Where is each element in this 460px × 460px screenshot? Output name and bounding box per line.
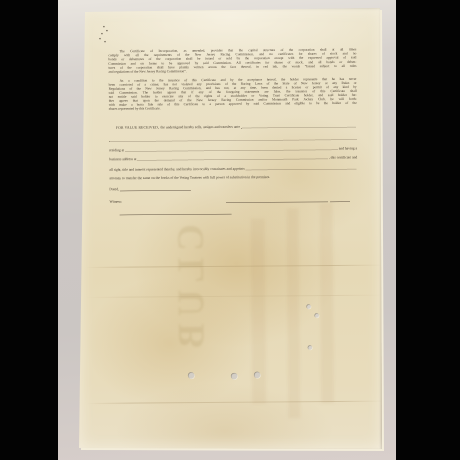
letterbox-right xyxy=(396,0,460,460)
business-address-label: business address at xyxy=(109,157,136,161)
ink-speck xyxy=(106,30,108,32)
crease-line xyxy=(87,401,384,404)
business-address-row: business address at , this certificate a… xyxy=(109,153,357,161)
bleedthrough-column xyxy=(287,208,301,418)
crease-line xyxy=(86,265,383,268)
ink-speck xyxy=(99,38,101,40)
dated-row: Dated, xyxy=(109,183,357,191)
rights-appoints-text: all right, title and interest represente… xyxy=(109,167,245,172)
dated-label: Dated, xyxy=(109,187,119,191)
residing-row: residing at and having a xyxy=(109,144,357,152)
for-value-received-label: FOR VALUE RECEIVED, xyxy=(116,125,159,130)
pin-hole xyxy=(308,345,313,350)
paragraph-capital-structure: The Certificate of Incorporation, as ame… xyxy=(108,48,356,75)
business-address-fill-line xyxy=(138,158,328,161)
punch-hole xyxy=(231,373,238,380)
pin-hole xyxy=(306,304,311,309)
residing-label: residing at xyxy=(109,148,124,152)
witness-gap xyxy=(122,203,226,204)
pin-hole xyxy=(314,313,319,318)
witness-label: Witness: xyxy=(109,200,121,204)
bleedthrough-column xyxy=(320,203,335,403)
rights-appoints-row: all right, title and interest represente… xyxy=(109,163,357,171)
witness-signature-line-left xyxy=(120,213,232,215)
date-fill-line xyxy=(120,189,191,191)
letterbox-left xyxy=(0,0,58,460)
ink-speck xyxy=(101,33,103,35)
paragraph-holder-representation: As a condition to the issuance of this C… xyxy=(109,77,357,111)
residence-fill-line xyxy=(125,149,338,152)
transferee-name-row xyxy=(109,135,357,142)
witness-signature-line-short xyxy=(330,200,350,202)
residing-tail-text: and having a xyxy=(339,146,357,150)
certificate-paper-back: CLUB The Certificate of Incorporation, a… xyxy=(79,8,382,449)
bleedthrough-text: CLUB xyxy=(170,224,214,355)
punch-hole xyxy=(188,372,195,379)
photograph-of-certificate: CLUB The Certificate of Incorporation, a… xyxy=(0,0,460,460)
photo-area: CLUB The Certificate of Incorporation, a… xyxy=(58,0,396,460)
second-witness-row xyxy=(120,209,232,215)
crease-line xyxy=(86,295,383,298)
attorney-clause-text: attorney to transfer the same on the boo… xyxy=(109,175,270,180)
paper-content: CLUB The Certificate of Incorporation, a… xyxy=(84,8,384,448)
punch-hole xyxy=(254,372,261,379)
business-address-tail-text: , this certificate and xyxy=(329,155,357,159)
transferee-name-fill-line xyxy=(109,138,357,141)
transfer-clause-text: the undersigned hereby sells, assigns an… xyxy=(160,125,240,130)
ink-speck xyxy=(104,41,106,43)
witness-signature-line xyxy=(226,201,328,203)
transferee-name-fill-line xyxy=(241,126,356,128)
attorney-row: attorney to transfer the same on the boo… xyxy=(109,174,357,180)
attorney-name-fill-line xyxy=(246,168,357,170)
for-value-received-row: FOR VALUE RECEIVED, the undersigned here… xyxy=(109,123,357,129)
ink-speck xyxy=(103,26,105,28)
